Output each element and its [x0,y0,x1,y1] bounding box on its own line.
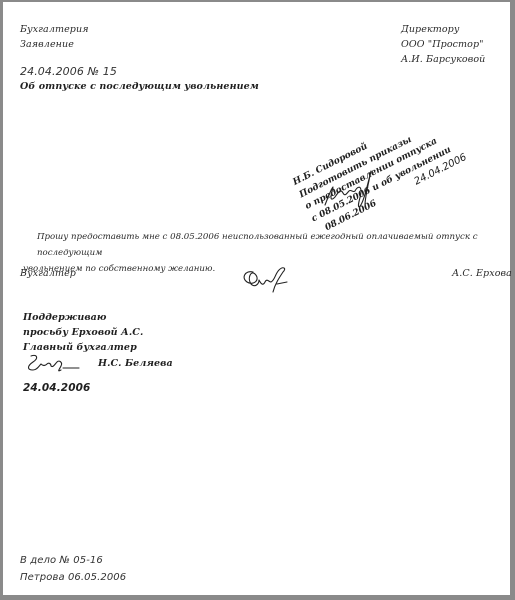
applicant-name: А.С. Ерхова [452,268,512,279]
approver-name: Н.С. Беляева [98,358,173,369]
document-date-number: 24.04.2006 № 15 [20,65,117,78]
addressee-organization: ООО "Простор" [401,39,484,50]
body-line: Прошу предоставить мне с 08.05.2006 неис… [23,229,493,261]
applicant-signature-icon [239,262,299,296]
department-label: Бухгалтерия [20,24,89,35]
addressee-name: А.И. Барсуковой [401,54,485,65]
document-type: Заявление [20,39,74,50]
document-subject: Об отпуске с последующим увольнением [20,81,259,92]
filing-signoff: Петрова 06.05.2006 [20,572,126,583]
applicant-position: Бухгалтер [20,268,76,279]
filing-case-number: В дело № 05-16 [20,555,103,566]
addressee-position: Директору [401,24,459,35]
document-page: Бухгалтерия Заявление 24.04.2006 № 15 Об… [0,0,515,600]
approval-text-line2: просьбу Ерховой А.С. [23,327,143,338]
approver-signature-icon [23,352,83,374]
approval-text-line1: Поддерживаю [23,312,107,323]
approval-date: 24.04.2006 [23,382,90,394]
director-signature-icon [321,167,381,212]
